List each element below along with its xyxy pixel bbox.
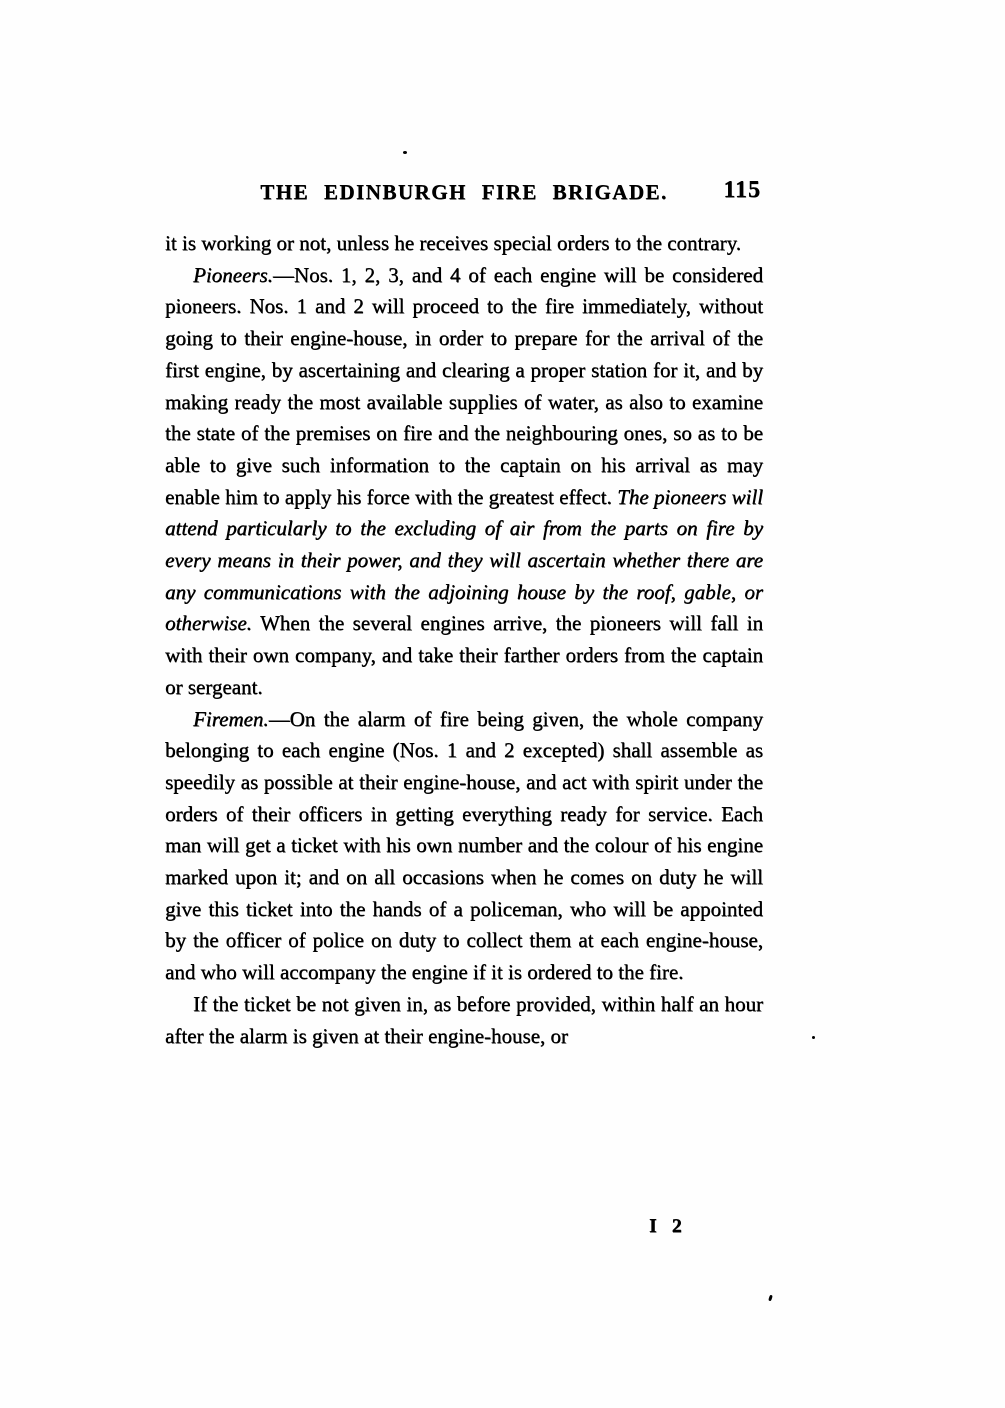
text-run: —Nos. 1, 2, 3, and 4 of each engine will…	[165, 263, 763, 509]
text-run: —On the alarm of fire being given, the w…	[165, 707, 763, 985]
signature-mark: I 2	[649, 1215, 687, 1238]
page-header: THE EDINBURGH FIRE BRIGADE. 115	[165, 180, 763, 208]
italic-text-run: Firemen.	[193, 707, 269, 731]
paragraph: Firemen.—On the alarm of fire being give…	[165, 704, 763, 989]
page-number: 115	[723, 177, 761, 204]
body-text: it is working or not, unless he receives…	[165, 228, 763, 1052]
paragraph: it is working or not, unless he receives…	[165, 228, 763, 260]
text-run: it is working or not, unless he receives…	[165, 231, 741, 255]
running-title: THE EDINBURGH FIRE BRIGADE.	[165, 180, 763, 205]
scan-speck	[403, 151, 407, 154]
scan-speck	[768, 1295, 773, 1302]
text-run: When the several engines arrive, the pio…	[165, 611, 763, 698]
italic-text-run: Pioneers.	[193, 263, 273, 287]
paragraph: If the ticket be not given in, as before…	[165, 989, 763, 1052]
book-page: THE EDINBURGH FIRE BRIGADE. 115 it is wo…	[0, 0, 1005, 1408]
text-run: If the ticket be not given in, as before…	[165, 992, 763, 1048]
paragraph: Pioneers.—Nos. 1, 2, 3, and 4 of each en…	[165, 260, 763, 704]
scan-speck	[812, 1036, 815, 1039]
